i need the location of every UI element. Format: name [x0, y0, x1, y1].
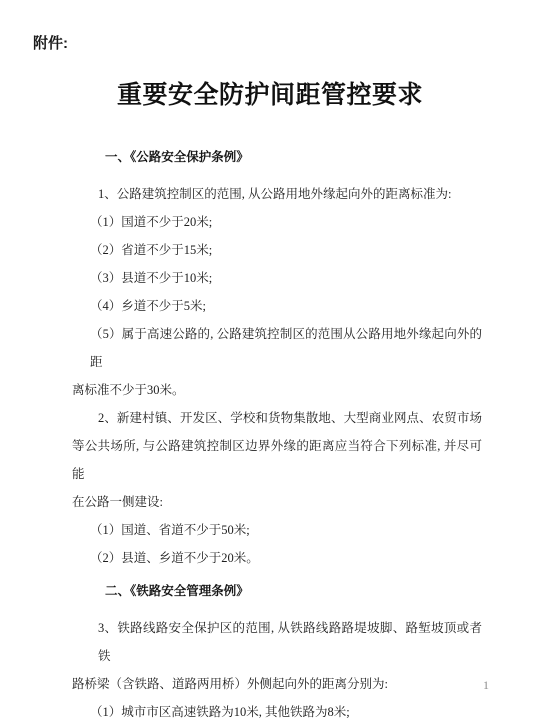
body-line: 在公路一侧建设:	[72, 488, 482, 516]
page-number: 1	[483, 677, 489, 693]
body-line: （3）县道不少于10米;	[72, 264, 482, 292]
section-heading: 二、《铁路安全管理条例》	[72, 577, 482, 605]
document-body: 一、《公路安全保护条例》1、公路建筑控制区的范围, 从公路用地外缘起向外的距离标…	[72, 143, 482, 720]
document-page: 附件: 重要安全防护间距管控要求 一、《公路安全保护条例》1、公路建筑控制区的范…	[0, 0, 540, 720]
body-line: （1）国道不少于20米;	[72, 208, 482, 236]
section-heading: 一、《公路安全保护条例》	[72, 143, 482, 171]
body-line: （1）国道、省道不少于50米;	[72, 516, 482, 544]
body-line: （1）城市市区高速铁路为10米, 其他铁路为8米;	[72, 698, 482, 720]
body-line: （5）属于高速公路的, 公路建筑控制区的范围从公路用地外缘起向外的距	[72, 320, 482, 376]
attachment-label: 附件:	[33, 34, 540, 54]
document-title: 重要安全防护间距管控要求	[0, 80, 540, 110]
body-line: 2、新建村镇、开发区、学校和货物集散地、大型商业网点、农贸市场	[72, 404, 482, 432]
body-line: （4）乡道不少于5米;	[72, 292, 482, 320]
body-line: 路桥梁（含铁路、道路两用桥）外侧起向外的距离分别为:	[72, 670, 482, 698]
body-line: （2）县道、乡道不少于20米。	[72, 544, 482, 572]
body-line: （2）省道不少于15米;	[72, 236, 482, 264]
body-line: 3、铁路线路安全保护区的范围, 从铁路线路路堤坡脚、路堑坡顶或者铁	[72, 614, 482, 670]
body-line: 离标准不少于30米。	[72, 376, 482, 404]
body-line: 等公共场所, 与公路建筑控制区边界外缘的距离应当符合下列标准, 并尽可能	[72, 432, 482, 488]
body-line: 1、公路建筑控制区的范围, 从公路用地外缘起向外的距离标准为:	[72, 180, 482, 208]
